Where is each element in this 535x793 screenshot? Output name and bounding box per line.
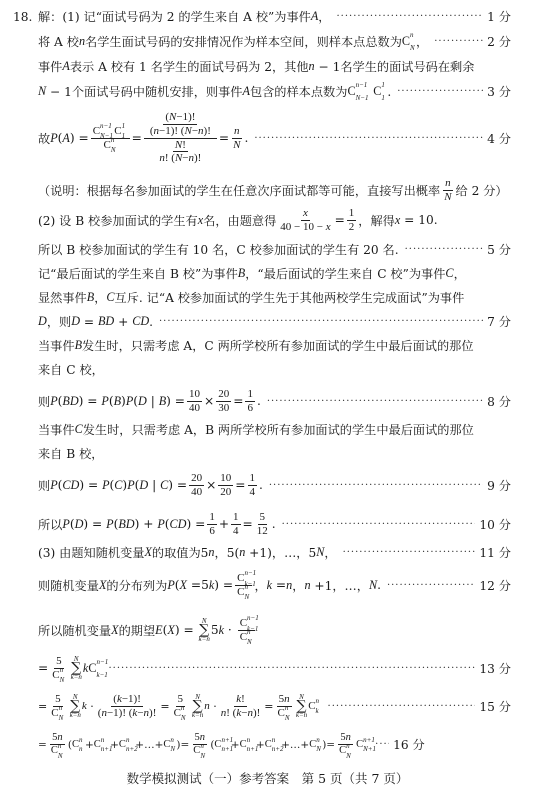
- solution-line-10: 来自 C 校，: [38, 361, 511, 378]
- score-2: 2 分: [487, 33, 511, 50]
- score-15: 15 分: [479, 698, 511, 715]
- solution-line-3: 事件 A 表示 A 校有 1 名学生的面试号码为 2，其他 n − 1 名学生的…: [38, 58, 511, 75]
- solution-line-7: 显然事件 B，C 互斥. 记“A 校参加面试的学生先于其他两校学生完成面试”为事…: [38, 289, 511, 306]
- score-10: 10 分: [479, 516, 511, 533]
- scoring-note: （说明：根据每名参加面试的学生在任意次序面试都等可能，直接写出概率nN给 2 分…: [38, 177, 511, 203]
- solution-line-12: 当事件 C 发生时，只需考虑 A，B 两所学校所有参加面试的学生中最后面试的那位: [38, 421, 511, 438]
- problem-number: 18.: [13, 10, 38, 24]
- leader-dots: [336, 11, 483, 22]
- solution-line-13: 来自 B 校，: [38, 445, 511, 462]
- probability-BD: 则 P(BD) = P(B)P(D | B) =1040×2030=16. 8 …: [38, 388, 511, 414]
- expectation-step-15: =5CnNN∑k=nk ·(k−1)!(n−1)! (k−n)!=5CnNN∑k…: [38, 693, 511, 719]
- score-3: 3 分: [487, 83, 511, 100]
- score-1: 1 分: [487, 8, 511, 25]
- score-5: 5 分: [487, 241, 511, 258]
- solution-line-4: N − 1 个面试号码中随机安排，则事件 A 包含的样本点数为 Cn−1N−1 …: [38, 83, 511, 100]
- solution-line-2: 将 A 校 n 名学生面试号码的安排情况作为样本空间，则样本点总数为 CnN， …: [38, 33, 511, 50]
- expectation-formula: 所以随机变量 X 的期望 E(X) = N∑k=n5k · Cn−1k−1CnN: [38, 617, 511, 643]
- part-2-setup: (2) 设 B 校参加面试的学生有 x 名，由题意得x40 − 10 − x=1…: [38, 207, 511, 233]
- expectation-step-13: =5CnNN∑k=nkCn−1k−1 13 分: [38, 655, 511, 681]
- score-9: 9 分: [487, 477, 511, 494]
- score-7: 7 分: [487, 313, 511, 330]
- part-3-values: (3) 由题知随机变量 X 的取值为 5n，5(n +1)，…，5N， 11 分: [38, 544, 511, 561]
- solution-line-5: 所以 B 校参加面试的学生有 10 名，C 校参加面试的学生有 20 名. 5 …: [38, 241, 511, 258]
- score-13: 13 分: [479, 660, 511, 677]
- probability-CD: 则 P(CD) = P(C)P(D | C) =2040×1020=14. 9 …: [38, 472, 511, 498]
- probability-D: 所以 P(D) = P(BD) + P(CD) =16+14=512. 10 分: [38, 511, 511, 537]
- solution-line-9: 当事件 B 发生时，只需考虑 A，C 两所学校所有参加面试的学生中最后面试的那位: [38, 337, 511, 354]
- distribution-formula: 则随机变量 X 的分布列为 P(X =5k) =Cn−1k−1CnN，k =n，…: [38, 572, 511, 598]
- solution-line-8: D，则 D = BD + CD. 7 分: [38, 313, 511, 330]
- score-16: 16 分: [393, 736, 425, 753]
- solution-line-6: 记“最后面试的学生来自 B 校”为事件 B，“最后面试的学生来自 C 校”为事件…: [38, 265, 511, 282]
- score-4: 4 分: [487, 130, 511, 147]
- expectation-step-16: =5nCnN(Cnn+Cnn+1 +Cnn+2 +…+CnN)=5nCnN(Cn…: [38, 732, 511, 757]
- solution-line-1: 18. 解：(1) 记“面试号码为 2 的学生来自 A 校”为事件 A， 1 分: [13, 8, 511, 25]
- page-footer: 数学模拟测试（一）参考答案 第 5 页（共 7 页）: [0, 769, 535, 787]
- probability-A-formula: 故 P(A) = Cn−1N−1 C11CnN= (N−1)!(n−1)! (N…: [38, 107, 511, 169]
- score-11: 11 分: [479, 544, 511, 561]
- score-12: 12 分: [479, 577, 511, 594]
- score-8: 8 分: [487, 393, 511, 410]
